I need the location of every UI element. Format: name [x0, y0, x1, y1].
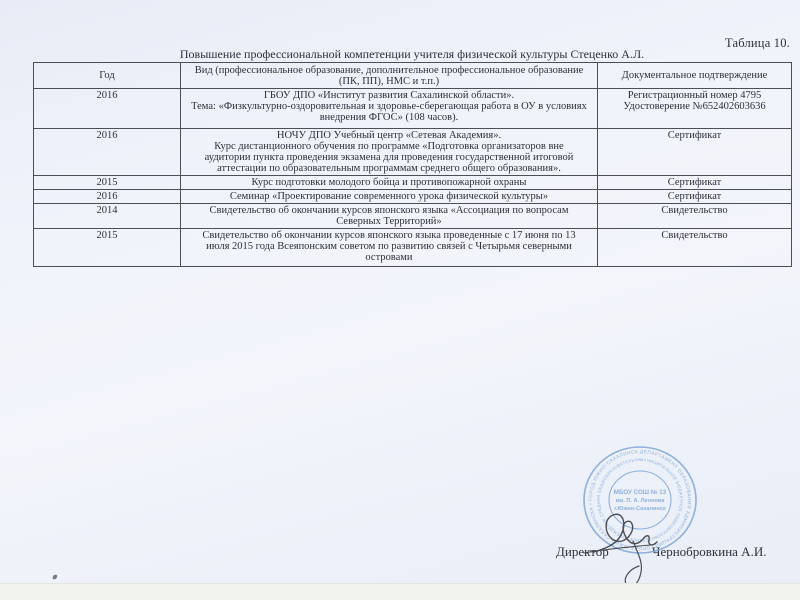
header-type: Вид (профессиональное образование, допол… [181, 63, 598, 89]
year-cell: 2015 [34, 176, 181, 190]
scan-speck [53, 575, 58, 580]
type-cell: Свидетельство об окончании курсов японск… [181, 229, 598, 267]
table-row: 2016 НОЧУ ДПО Учебный центр «Сетевая Ака… [34, 129, 792, 176]
doc-cell: Сертификат [598, 176, 792, 190]
year-cell: 2016 [34, 129, 181, 176]
table-row: 2015 Курс подготовки молодого бойца и пр… [34, 176, 792, 190]
table-row: 2016 ГБОУ ДПО «Институт развития Сахалин… [34, 89, 792, 129]
doc-cell: Свидетельство [598, 229, 792, 267]
doc-cell: Свидетельство [598, 204, 792, 229]
type-cell: ГБОУ ДПО «Институт развития Сахалинской … [181, 89, 598, 129]
header-doc: Документальное подтверждение [598, 63, 792, 89]
signature-role-label: Директор [556, 544, 609, 560]
table-header-row: Год Вид (профессиональное образование, д… [34, 63, 792, 89]
year-cell: 2016 [34, 89, 181, 129]
doc-cell: Регистрационный номер 4795 Удостоверение… [598, 89, 792, 129]
scan-edge-strip [0, 583, 800, 600]
header-year: Год [34, 63, 181, 89]
scanned-document-page: Таблица 10. Повышение профессиональной к… [0, 0, 800, 600]
year-cell: 2015 [34, 229, 181, 267]
type-cell: Свидетельство об окончании курсов японск… [181, 204, 598, 229]
type-cell: НОЧУ ДПО Учебный центр «Сетевая Академия… [181, 129, 598, 176]
table-row: 2015 Свидетельство об окончании курсов я… [34, 229, 792, 267]
table-row: 2014 Свидетельство об окончании курсов я… [34, 204, 792, 229]
table-row: 2016 Семинар «Проектирование современног… [34, 190, 792, 204]
year-cell: 2016 [34, 190, 181, 204]
competence-table: Год Вид (профессиональное образование, д… [33, 62, 792, 267]
svg-text:г.Южно-Сахалинск: г.Южно-Сахалинск [614, 506, 666, 512]
svg-text:МБОУ СОШ № 13: МБОУ СОШ № 13 [614, 489, 667, 496]
doc-cell: Сертификат [598, 129, 792, 176]
type-cell: Семинар «Проектирование современного уро… [181, 190, 598, 204]
stamp-center-text: МБОУ СОШ № 13 им. П. А. Леонова г.Южно-С… [614, 489, 667, 512]
year-cell: 2014 [34, 204, 181, 229]
signature-name-label: Чернобровкина А.И. [652, 544, 766, 560]
type-cell: Курс подготовки молодого бойца и противо… [181, 176, 598, 190]
doc-cell: Сертификат [598, 190, 792, 204]
document-title: Повышение профессиональной компетенции у… [33, 47, 791, 62]
svg-text:им. П. А. Леонова: им. П. А. Леонова [616, 498, 666, 504]
